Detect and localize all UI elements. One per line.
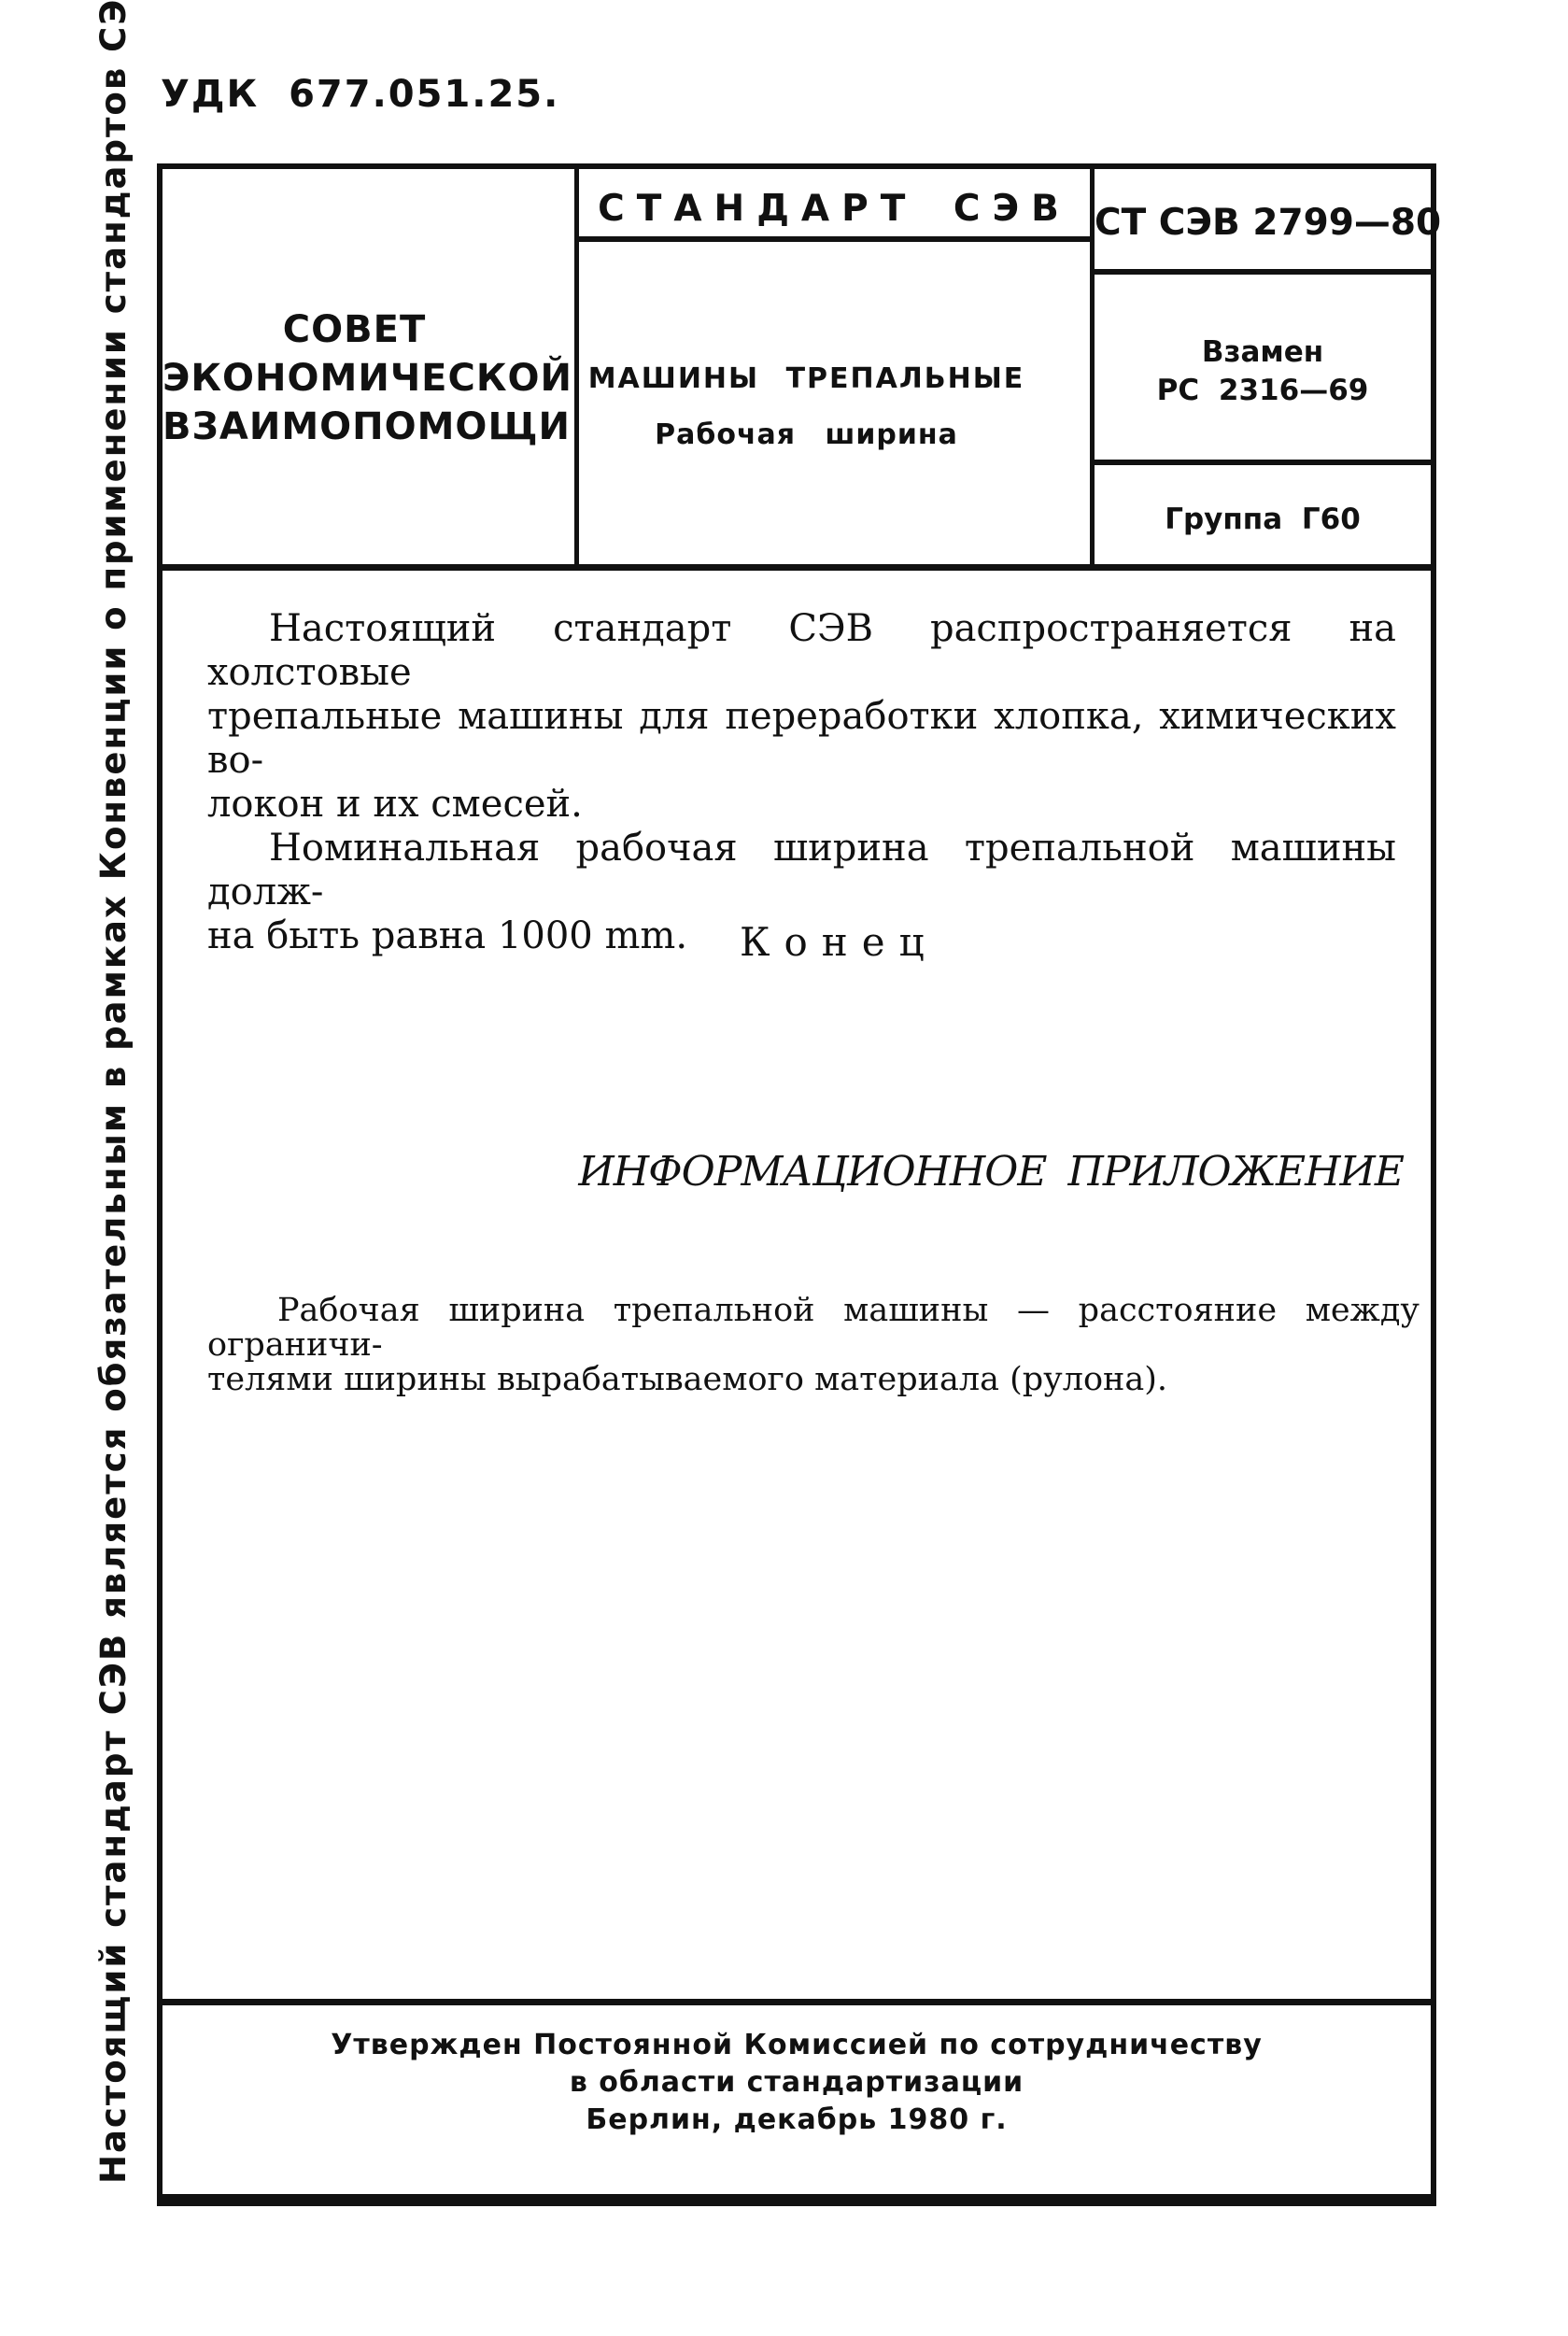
approval-line: Берлин, декабрь 1980 г. — [162, 2102, 1431, 2139]
body-text-line: локон и их смесей. — [207, 783, 1396, 827]
organization-line: ВЗАИМОПОМОЩИ — [162, 403, 546, 451]
approval-line: в области стандартизации — [162, 2064, 1431, 2102]
definition-line: телями ширины вырабатываемого материала … — [207, 1363, 1420, 1397]
approval-note: Утвержден Постоянной Комиссией по сотруд… — [162, 2027, 1431, 2139]
organization-line: СОВЕТ — [162, 305, 546, 354]
replaces-code: РС 2316—69 — [1095, 372, 1431, 410]
udk-number: УДК 677.051.25. — [161, 73, 559, 116]
appendix-title: ИНФОРМАЦИОННОЕ ПРИЛОЖЕНИЕ — [578, 1148, 1404, 1196]
approval-line: Утвержден Постоянной Комиссией по сотруд… — [162, 2027, 1431, 2064]
standard-title-cell: СТАНДАРТ СЭВ МАШИНЫ ТРЕПАЛЬНЫЕ Рабочая ш… — [579, 169, 1095, 564]
definition-paragraph: Рабочая ширина трепальной машины — расст… — [207, 1294, 1420, 1397]
replaces-block: Взамен РС 2316—69 — [1095, 333, 1431, 410]
end-marker: Конец — [740, 919, 939, 965]
subject-subtitle: Рабочая ширина — [579, 418, 1034, 451]
scope-paragraphs: Настоящий стандарт СЭВ распространяется … — [207, 607, 1396, 958]
standard-label-rule — [579, 236, 1090, 242]
standard-label: СТАНДАРТ СЭВ — [579, 188, 1090, 230]
code-cell-rule-bottom — [1095, 460, 1431, 465]
body-text-line: Настоящий стандарт СЭВ распространяется … — [207, 607, 1396, 695]
organization-name: СОВЕТ ЭКОНОМИЧЕСКОЙ ВЗАИМОПОМОЩИ — [162, 305, 546, 451]
replaces-label: Взамен — [1095, 333, 1431, 372]
sidebar-obligation-text: Настоящий стандарт СЭВ является обязател… — [90, 185, 138, 2184]
standard-code: СТ СЭВ 2799—80 — [1095, 202, 1431, 244]
standard-code-cell: СТ СЭВ 2799—80 Взамен РС 2316—69 Группа … — [1095, 169, 1431, 564]
subject-title: МАШИНЫ ТРЕПАЛЬНЫЕ — [579, 362, 1034, 395]
body-text-line: трепальные машины для переработки хлопка… — [207, 695, 1396, 783]
definition-line: Рабочая ширина трепальной машины — расст… — [207, 1294, 1420, 1363]
header-table: СОВЕТ ЭКОНОМИЧЕСКОЙ ВЗАИМОПОМОЩИ СТАНДАР… — [162, 169, 1431, 571]
group-label: Группа Г60 — [1095, 503, 1431, 536]
document-frame: СОВЕТ ЭКОНОМИЧЕСКОЙ ВЗАИМОПОМОЩИ СТАНДАР… — [157, 163, 1436, 2206]
organization-cell: СОВЕТ ЭКОНОМИЧЕСКОЙ ВЗАИМОПОМОЩИ — [162, 169, 579, 564]
body-text-line: Номинальная рабочая ширина трепальной ма… — [207, 827, 1396, 914]
approval-divider-rule — [162, 1999, 1431, 2005]
document-page: УДК 677.051.25. Настоящий стандарт СЭВ я… — [0, 0, 1568, 2336]
code-cell-rule-top — [1095, 269, 1431, 275]
organization-line: ЭКОНОМИЧЕСКОЙ — [162, 354, 546, 403]
sidebar-obligation-note: Настоящий стандарт СЭВ является обязател… — [90, 185, 138, 2184]
